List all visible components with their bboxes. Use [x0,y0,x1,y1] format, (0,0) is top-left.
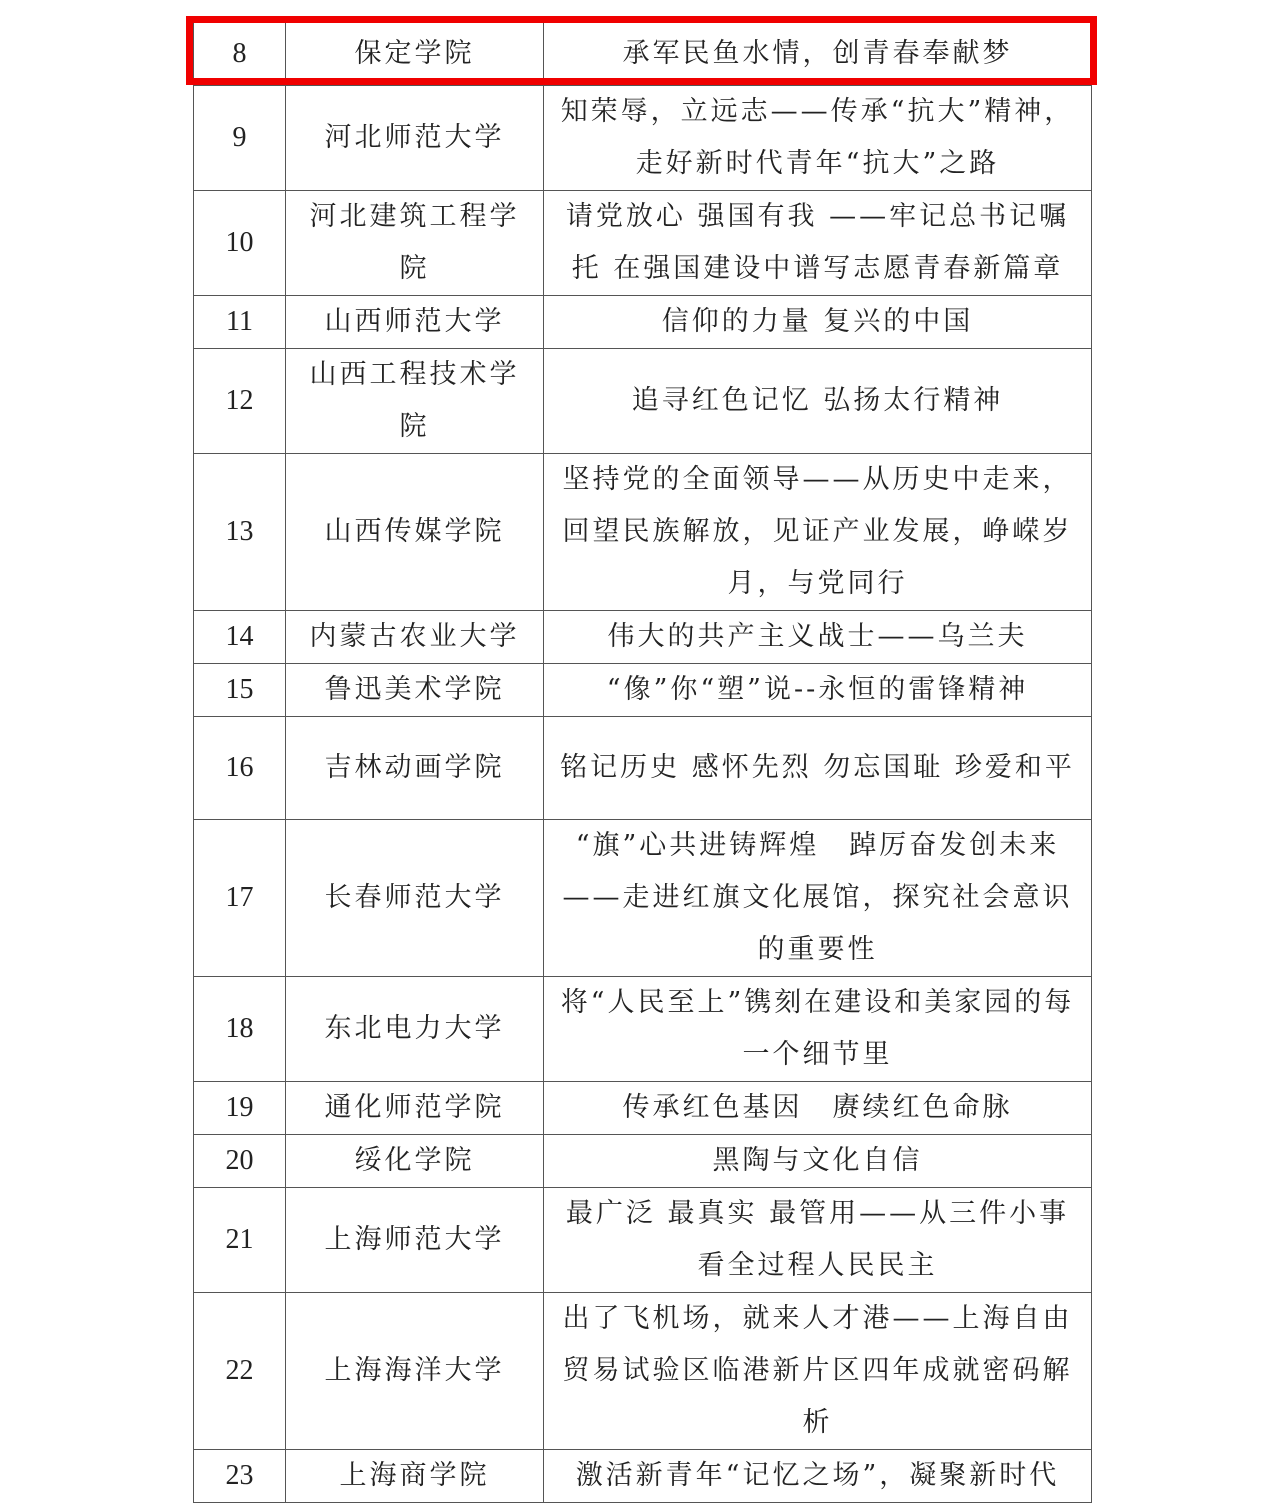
row-number: 12 [194,349,286,454]
table-row: 9 河北师范大学 知荣辱，立远志——传承“抗大”精神，走好新时代青年“抗大”之路 [194,86,1092,191]
project-title: “像”你“塑”说--永恒的雷锋精神 [544,664,1092,717]
project-title: 知荣辱，立远志——传承“抗大”精神，走好新时代青年“抗大”之路 [544,86,1092,191]
school-name: 长春师范大学 [286,820,544,977]
school-name: 上海海洋大学 [286,1293,544,1450]
table-row: 8 保定学院 承军民鱼水情，创青春奉献梦 [194,23,1092,86]
project-title: 请党放心 强国有我 ——牢记总书记嘱托 在强国建设中谱写志愿青春新篇章 [544,191,1092,296]
row-number: 20 [194,1135,286,1188]
project-title: 出了飞机场，就来人才港——上海自由贸易试验区临港新片区四年成就密码解析 [544,1293,1092,1450]
school-name: 绥化学院 [286,1135,544,1188]
project-title: 伟大的共产主义战士——乌兰夫 [544,611,1092,664]
project-title: 信仰的力量 复兴的中国 [544,296,1092,349]
table-row: 15 鲁迅美术学院 “像”你“塑”说--永恒的雷锋精神 [194,664,1092,717]
school-name: 保定学院 [286,23,544,86]
row-number: 13 [194,454,286,611]
project-title: 铭记历史 感怀先烈 勿忘国耻 珍爱和平 [544,717,1092,820]
table-row: 19 通化师范学院 传承红色基因 赓续红色命脉 [194,1082,1092,1135]
school-name: 河北师范大学 [286,86,544,191]
school-name: 鲁迅美术学院 [286,664,544,717]
row-number: 23 [194,1450,286,1503]
row-number: 19 [194,1082,286,1135]
row-number: 16 [194,717,286,820]
table-row: 13 山西传媒学院 坚持党的全面领导——从历史中走来，回望民族解放，见证产业发展… [194,454,1092,611]
school-name: 山西工程技术学院 [286,349,544,454]
table-row: 17 长春师范大学 “旗”心共进铸辉煌 踔厉奋发创未来——走进红旗文化展馆，探究… [194,820,1092,977]
table-row: 23 上海商学院 激活新青年“记忆之场”，凝聚新时代 [194,1450,1092,1503]
project-title: 承军民鱼水情，创青春奉献梦 [544,23,1092,86]
table-row: 20 绥化学院 黑陶与文化自信 [194,1135,1092,1188]
row-number: 10 [194,191,286,296]
row-number: 17 [194,820,286,977]
project-title: 最广泛 最真实 最管用——从三件小事看全过程人民民主 [544,1188,1092,1293]
table-row: 16 吉林动画学院 铭记历史 感怀先烈 勿忘国耻 珍爱和平 [194,717,1092,820]
school-name: 东北电力大学 [286,977,544,1082]
project-title: 追寻红色记忆 弘扬太行精神 [544,349,1092,454]
project-title: 坚持党的全面领导——从历史中走来，回望民族解放，见证产业发展，峥嵘岁月，与党同行 [544,454,1092,611]
table-row: 21 上海师范大学 最广泛 最真实 最管用——从三件小事看全过程人民民主 [194,1188,1092,1293]
school-name: 通化师范学院 [286,1082,544,1135]
school-name: 内蒙古农业大学 [286,611,544,664]
project-title: 传承红色基因 赓续红色命脉 [544,1082,1092,1135]
table-row: 11 山西师范大学 信仰的力量 复兴的中国 [194,296,1092,349]
row-number: 21 [194,1188,286,1293]
results-table: 8 保定学院 承军民鱼水情，创青春奉献梦 9 河北师范大学 知荣辱，立远志——传… [193,22,1092,1503]
school-name: 河北建筑工程学院 [286,191,544,296]
table-row: 14 内蒙古农业大学 伟大的共产主义战士——乌兰夫 [194,611,1092,664]
row-number: 18 [194,977,286,1082]
table-row: 12 山西工程技术学院 追寻红色记忆 弘扬太行精神 [194,349,1092,454]
project-title: 黑陶与文化自信 [544,1135,1092,1188]
row-number: 11 [194,296,286,349]
school-name: 上海商学院 [286,1450,544,1503]
table-row: 10 河北建筑工程学院 请党放心 强国有我 ——牢记总书记嘱托 在强国建设中谱写… [194,191,1092,296]
school-name: 吉林动画学院 [286,717,544,820]
row-number: 15 [194,664,286,717]
school-name: 山西师范大学 [286,296,544,349]
row-number: 8 [194,23,286,86]
table-row: 18 东北电力大学 将“人民至上”镌刻在建设和美家园的每一个细节里 [194,977,1092,1082]
row-number: 22 [194,1293,286,1450]
project-title: 将“人民至上”镌刻在建设和美家园的每一个细节里 [544,977,1092,1082]
project-title: “旗”心共进铸辉煌 踔厉奋发创未来——走进红旗文化展馆，探究社会意识的重要性 [544,820,1092,977]
table-row: 22 上海海洋大学 出了飞机场，就来人才港——上海自由贸易试验区临港新片区四年成… [194,1293,1092,1450]
row-number: 9 [194,86,286,191]
school-name: 山西传媒学院 [286,454,544,611]
row-number: 14 [194,611,286,664]
project-title: 激活新青年“记忆之场”，凝聚新时代 [544,1450,1092,1503]
school-name: 上海师范大学 [286,1188,544,1293]
